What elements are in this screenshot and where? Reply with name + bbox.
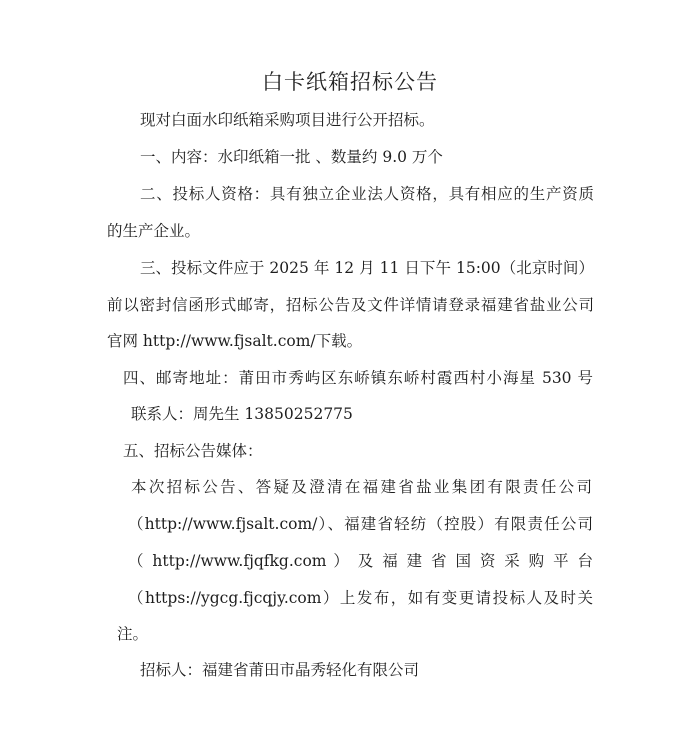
section-content: 一、内容：水印纸箱一批 、数量约 9.0 万个 xyxy=(140,146,443,168)
section-qualification-line1: 二、投标人资格：具有独立企业法人资格，具有相应的生产资质 xyxy=(140,183,594,205)
document-title: 白卡纸箱招标公告 xyxy=(0,66,700,96)
section-media-line1: 本次招标公告、答疑及澄清在福建省盐业集团有限责任公司 xyxy=(131,476,593,498)
intro-paragraph: 现对白面水印纸箱采购项目进行公开招标。 xyxy=(140,109,435,131)
section-deadline-line1: 三、投标文件应于 2025 年 12 月 11 日下午 15:00（北京时间） xyxy=(140,257,594,279)
section-media-line2: （http://www.fjsalt.com/）、福建省轻纺（控股）有限责任公司 xyxy=(128,513,593,535)
section-deadline-line3: 官网 http://www.fjsalt.com/下载。 xyxy=(107,330,362,352)
section-media-line4: （https://ygcg.fjcqjy.com）上发布，如有变更请投标人及时关 xyxy=(128,587,593,609)
section-address: 四、邮寄地址：莆田市秀屿区东峤镇东峤村霞西村小海星 530 号 xyxy=(123,367,593,389)
section-deadline-line2: 前以密封信函形式邮寄，招标公告及文件详情请登录福建省盐业公司 xyxy=(107,294,594,316)
section-media-line5: 注。 xyxy=(117,623,148,645)
section-media-line3: （ http://www.fjqfkg.com ） 及 福 建 省 国 资 采 … xyxy=(128,550,593,572)
tenderer: 招标人：福建省莆田市晶秀轻化有限公司 xyxy=(140,659,419,681)
section-media-heading: 五、招标公告媒体： xyxy=(123,440,263,462)
announcement-page: 白卡纸箱招标公告 现对白面水印纸箱采购项目进行公开招标。 一、内容：水印纸箱一批… xyxy=(0,0,700,747)
section-qualification-line2: 的生产企业。 xyxy=(107,220,200,242)
contact-person: 联系人：周先生 13850252775 xyxy=(131,403,353,425)
